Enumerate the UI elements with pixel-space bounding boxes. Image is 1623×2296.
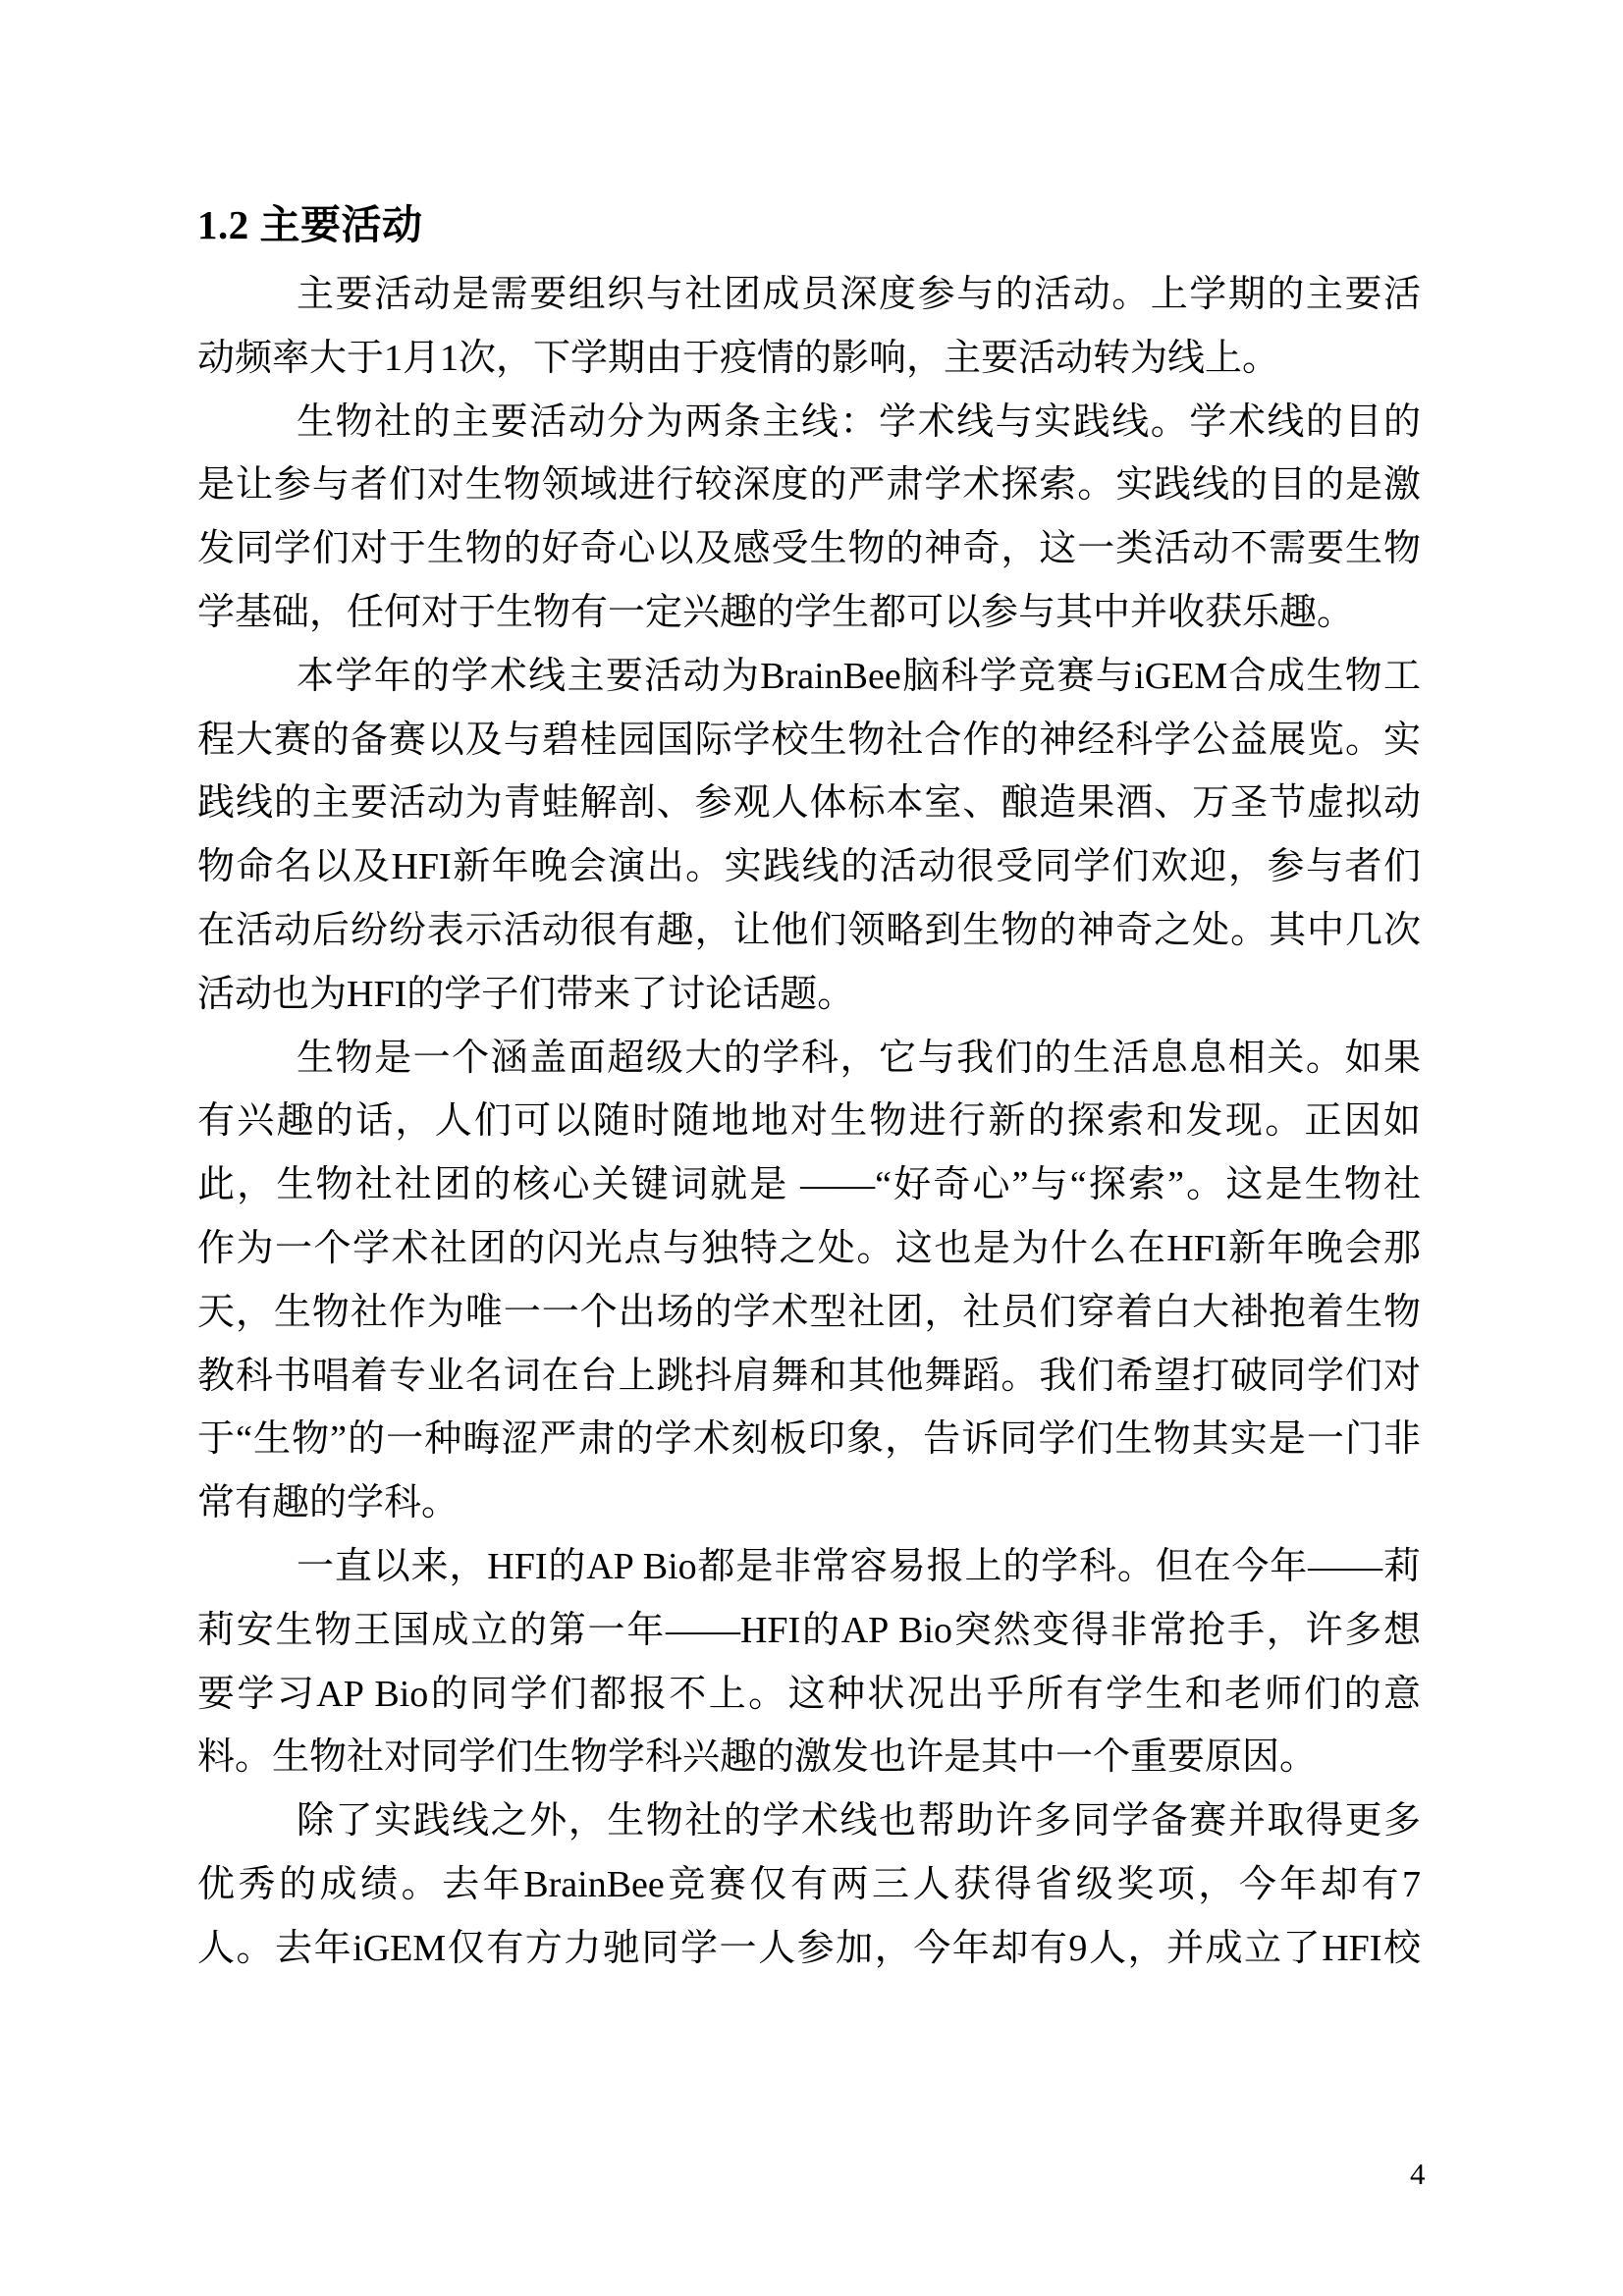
paragraph-3-line-2: 程大赛的备赛以及与碧桂园国际学校生物社合作的神经科学公益展览。实 [197, 709, 1421, 773]
paragraph-2-line-4: 学基础，任何对于生物有一定兴趣的学生都可以参与其中并收获乐趣。 [197, 581, 1421, 645]
paragraph-1-line-2: 动频率大于1月1次，下学期由于疫情的影响，主要活动转为线上。 [197, 327, 1421, 391]
paragraph-2-line-3: 发同学们对于生物的好奇心以及感受生物的神奇，这一类活动不需要生物 [197, 517, 1421, 581]
paragraph-4-line-7: 于“生物”的一种晦涩严肃的学术刻板印象，告诉同学们生物其实是一门非 [197, 1408, 1421, 1471]
paragraph-4-line-8: 常有趣的学科。 [197, 1471, 1421, 1535]
paragraph-5-line-4: 料。生物社对同学们生物学科兴趣的激发也许是其中一个重要原因。 [197, 1726, 1421, 1789]
paragraph-4-line-6: 教科书唱着专业名词在台上跳抖肩舞和其他舞蹈。我们希望打破同学们对 [197, 1345, 1421, 1409]
paragraph-5-line-3: 要学习AP Bio的同学们都报不上。这种状况出乎所有学生和老师们的意 [197, 1663, 1421, 1727]
paragraph-2-line-1: 生物社的主要活动分为两条主线：学术线与实践线。学术线的目的 [197, 391, 1421, 454]
document-page: 1.2 主要活动 主要活动是需要组织与社团成员深度参与的活动。上学期的主要活动频… [0, 0, 1623, 2296]
document-body: 主要活动是需要组织与社团成员深度参与的活动。上学期的主要活动频率大于1月1次，下… [197, 263, 1421, 1981]
paragraph-3-line-5: 在活动后纷纷表示活动很有趣，让他们领略到生物的神奇之处。其中几次 [197, 899, 1421, 963]
paragraph-6-line-3: 人。去年iGEM仅有方力驰同学一人参加，今年却有9人，并成立了HFI校 [197, 1917, 1421, 1981]
paragraph-3-line-3: 践线的主要活动为青蛙解剖、参观人体标本室、酿造果酒、万圣节虚拟动 [197, 772, 1421, 835]
paragraph-4-line-3: 此，生物社社团的核心关键词就是 ——“好奇心”与“探索”。这是生物社 [197, 1153, 1421, 1217]
paragraph-6-line-2: 优秀的成绩。去年BrainBee竞赛仅有两三人获得省级奖项，今年却有7 [197, 1853, 1421, 1917]
paragraph-1-line-1: 主要活动是需要组织与社团成员深度参与的活动。上学期的主要活 [197, 263, 1421, 327]
paragraph-2-line-2: 是让参与者们对生物领域进行较深度的严肃学术探索。实践线的目的是激 [197, 454, 1421, 517]
paragraph-5-line-1: 一直以来，HFI的AP Bio都是非常容易报上的学科。但在今年——莉 [197, 1535, 1421, 1599]
paragraph-4-line-5: 天，生物社作为唯一一个出场的学术型社团，社员们穿着白大褂抱着生物 [197, 1281, 1421, 1345]
paragraph-6-line-1: 除了实践线之外，生物社的学术线也帮助许多同学备赛并取得更多 [197, 1789, 1421, 1853]
paragraph-5-line-2: 莉安生物王国成立的第一年——HFI的AP Bio突然变得非常抢手，许多想 [197, 1599, 1421, 1663]
paragraph-4-line-4: 作为一个学术社团的闪光点与独特之处。这也是为什么在HFI新年晚会那 [197, 1217, 1421, 1281]
paragraph-3-line-6: 活动也为HFI的学子们带来了讨论话题。 [197, 963, 1421, 1027]
page-number: 4 [1410, 2156, 1426, 2193]
paragraph-3-line-4: 物命名以及HFI新年晚会演出。实践线的活动很受同学们欢迎，参与者们 [197, 835, 1421, 899]
paragraph-3-line-1: 本学年的学术线主要活动为BrainBee脑科学竞赛与iGEM合成生物工 [197, 645, 1421, 709]
paragraph-4-line-2: 有兴趣的话，人们可以随时随地地对生物进行新的探索和发现。正因如 [197, 1090, 1421, 1153]
section-heading: 1.2 主要活动 [197, 192, 1421, 257]
paragraph-4-line-1: 生物是一个涵盖面超级大的学科，它与我们的生活息息相关。如果 [197, 1027, 1421, 1091]
document-content: 1.2 主要活动 主要活动是需要组织与社团成员深度参与的活动。上学期的主要活动频… [197, 192, 1421, 1981]
